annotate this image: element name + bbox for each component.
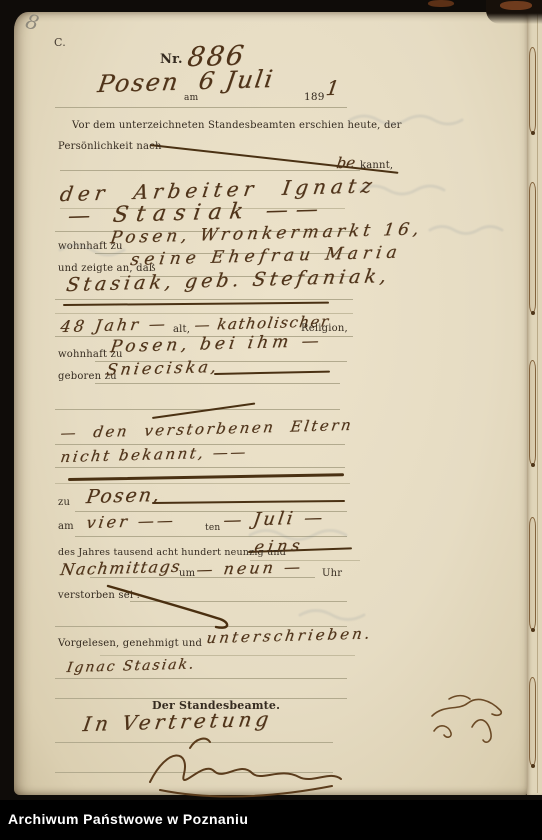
death-place: Posen,: [85, 484, 163, 508]
known-prefix-hw: be: [335, 153, 356, 172]
death-month: — Juli —: [222, 507, 327, 531]
um-label: um: [179, 568, 195, 579]
ten-label: ten: [205, 523, 220, 533]
uhr-label: Uhr: [322, 568, 342, 579]
archive-watermark-bar: Archiwum Państwowe w Poznaniu: [0, 800, 542, 840]
time-of-day: Nachmittags: [59, 557, 182, 579]
scanned-register-page: 8 C. Nr. 886 Posen am 6 Juli 189 1 Vor d…: [0, 0, 542, 840]
header-place: Posen: [96, 68, 182, 98]
closing-phrase: verstorben sei .: [58, 590, 140, 601]
rule: [55, 467, 345, 468]
binding-stitch-knot: [531, 463, 535, 467]
binding-stitch: [529, 677, 536, 766]
deceased-age: 48 Jahr —: [59, 314, 169, 336]
intro-line1: Vor dem unterzeichneten Standesbeamten e…: [72, 120, 402, 131]
record-number-label: Nr.: [160, 52, 183, 67]
known-suffix: kannt,: [360, 160, 393, 171]
binding-stitch: [529, 47, 536, 133]
rule: [95, 383, 340, 384]
intro-line2: Persönlichkeit nach: [58, 141, 162, 152]
corner-smudge: [500, 1, 532, 10]
binding-stitch-knot: [531, 311, 535, 315]
page-edge-line: [537, 14, 538, 793]
binding-stitch: [529, 360, 536, 465]
rule: [55, 107, 347, 108]
death-day: vier ——: [85, 511, 177, 533]
corner-letter: C.: [54, 36, 66, 49]
binding-stitch-knot: [531, 764, 535, 768]
rule: [75, 536, 347, 537]
year-word: eins: [253, 536, 305, 556]
rule: [55, 772, 333, 773]
rule: [60, 170, 360, 171]
archive-watermark-text: Archiwum Państwowe w Poznaniu: [8, 811, 248, 827]
death-hour: — neun —: [195, 557, 304, 579]
binding-stitch: [529, 517, 536, 630]
rule: [55, 742, 333, 743]
rule: [100, 655, 355, 656]
birthplace: Snieciska,: [105, 357, 220, 379]
binding-stitch-knot: [531, 131, 535, 135]
zu-label: zu: [58, 497, 70, 508]
binding-stitch: [529, 182, 536, 313]
read-approved-label: Vorgelesen, genehmigt und: [58, 638, 202, 649]
binding-stitch-knot: [531, 628, 535, 632]
top-smudge: [428, 0, 454, 7]
header-date: 6 Juli: [197, 65, 276, 95]
alt-label: alt,: [173, 324, 190, 335]
header-year-printed: 189: [304, 91, 325, 103]
rule: [130, 601, 347, 602]
am-label: am: [58, 521, 74, 532]
rule: [55, 678, 347, 679]
rule: [55, 483, 350, 484]
rule: [55, 299, 353, 300]
